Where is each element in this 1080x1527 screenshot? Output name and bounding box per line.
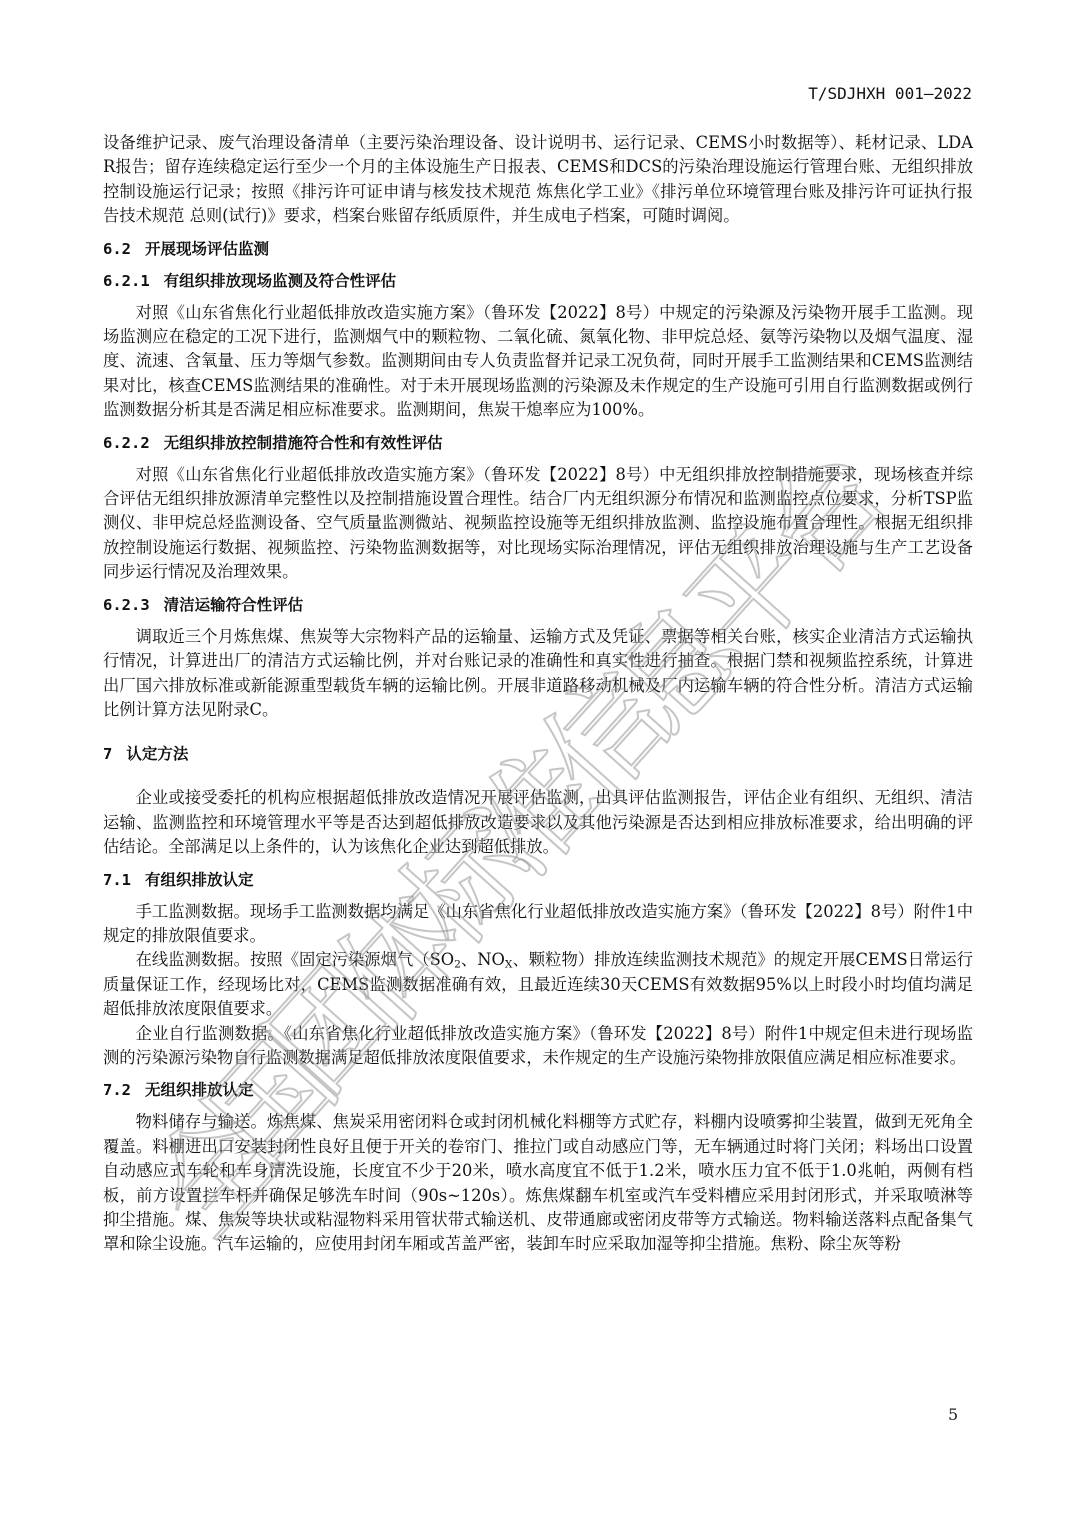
heading-number: 7 [103,742,112,766]
document-body: 设备维护记录、废气治理设备清单（主要污染治理设备、设计说明书、运行记录、CEMS… [103,131,973,1257]
heading-title: 认定方法 [126,745,188,763]
subscript: 2 [454,959,461,971]
heading-6-2-1: 6.2.1有组织排放现场监测及符合性评估 [103,269,973,293]
document-standard-id: T/SDJHXH 001—2022 [808,84,972,103]
paragraph-7-1-self-monitoring: 企业自行监测数据。《山东省焦化行业超低排放改造实施方案》（鲁环发【2022】8号… [103,1022,973,1071]
text-run: 、NO [461,950,505,969]
heading-title: 有组织排放现场监测及符合性评估 [164,272,397,290]
heading-number: 7.1 [103,868,131,892]
heading-title: 无组织排放认定 [145,1081,254,1099]
heading-6-2-3: 6.2.3清洁运输符合性评估 [103,593,973,617]
paragraph-7: 企业或接受委托的机构应根据超低排放改造情况开展评估监测，出具评估监测报告，评估企… [103,786,973,859]
document-page: T/SDJHXH 001—2022 设备维护记录、废气治理设备清单（主要污染治理… [0,0,1080,1527]
heading-7-2: 7.2无组织排放认定 [103,1078,973,1102]
heading-number: 6.2.1 [103,269,150,293]
paragraph-6-2-1: 对照《山东省焦化行业超低排放改造实施方案》（鲁环发【2022】8号）中规定的污染… [103,301,973,423]
heading-number: 6.2.3 [103,593,150,617]
text-run: 在线监测数据。按照《固定污染源烟气（SO [136,950,455,969]
heading-6-2: 6.2开展现场评估监测 [103,237,973,261]
paragraph-7-2: 物料储存与输送。炼焦煤、焦炭采用密闭料仓或封闭机械化料棚等方式贮存，料棚内设喷雾… [103,1110,973,1256]
heading-title: 清洁运输符合性评估 [164,596,304,614]
page-number: 5 [948,1405,958,1424]
heading-title: 有组织排放认定 [145,871,254,889]
heading-7: 7认定方法 [103,742,973,766]
paragraph-6-2-2: 对照《山东省焦化行业超低排放改造实施方案》（鲁环发【2022】8号）中无组织排放… [103,463,973,585]
heading-number: 7.2 [103,1078,131,1102]
paragraph-6-2-3: 调取近三个月炼焦煤、焦炭等大宗物料产品的运输量、运输方式及凭证、票据等相关台账，… [103,625,973,723]
paragraph-7-1-manual-monitoring: 手工监测数据。现场手工监测数据均满足《山东省焦化行业超低排放改造实施方案》（鲁环… [103,900,973,949]
paragraph-7-1-online-monitoring: 在线监测数据。按照《固定污染源烟气（SO2、NOX、颗粒物）排放连续监测技术规范… [103,948,973,1021]
heading-number: 6.2 [103,237,131,261]
heading-6-2-2: 6.2.2无组织排放控制措施符合性和有效性评估 [103,431,973,455]
continued-paragraph: 设备维护记录、废气治理设备清单（主要污染治理设备、设计说明书、运行记录、CEMS… [103,131,973,229]
heading-title: 无组织排放控制措施符合性和有效性评估 [164,434,443,452]
heading-title: 开展现场评估监测 [145,240,269,258]
heading-7-1: 7.1有组织排放认定 [103,868,973,892]
heading-number: 6.2.2 [103,431,150,455]
